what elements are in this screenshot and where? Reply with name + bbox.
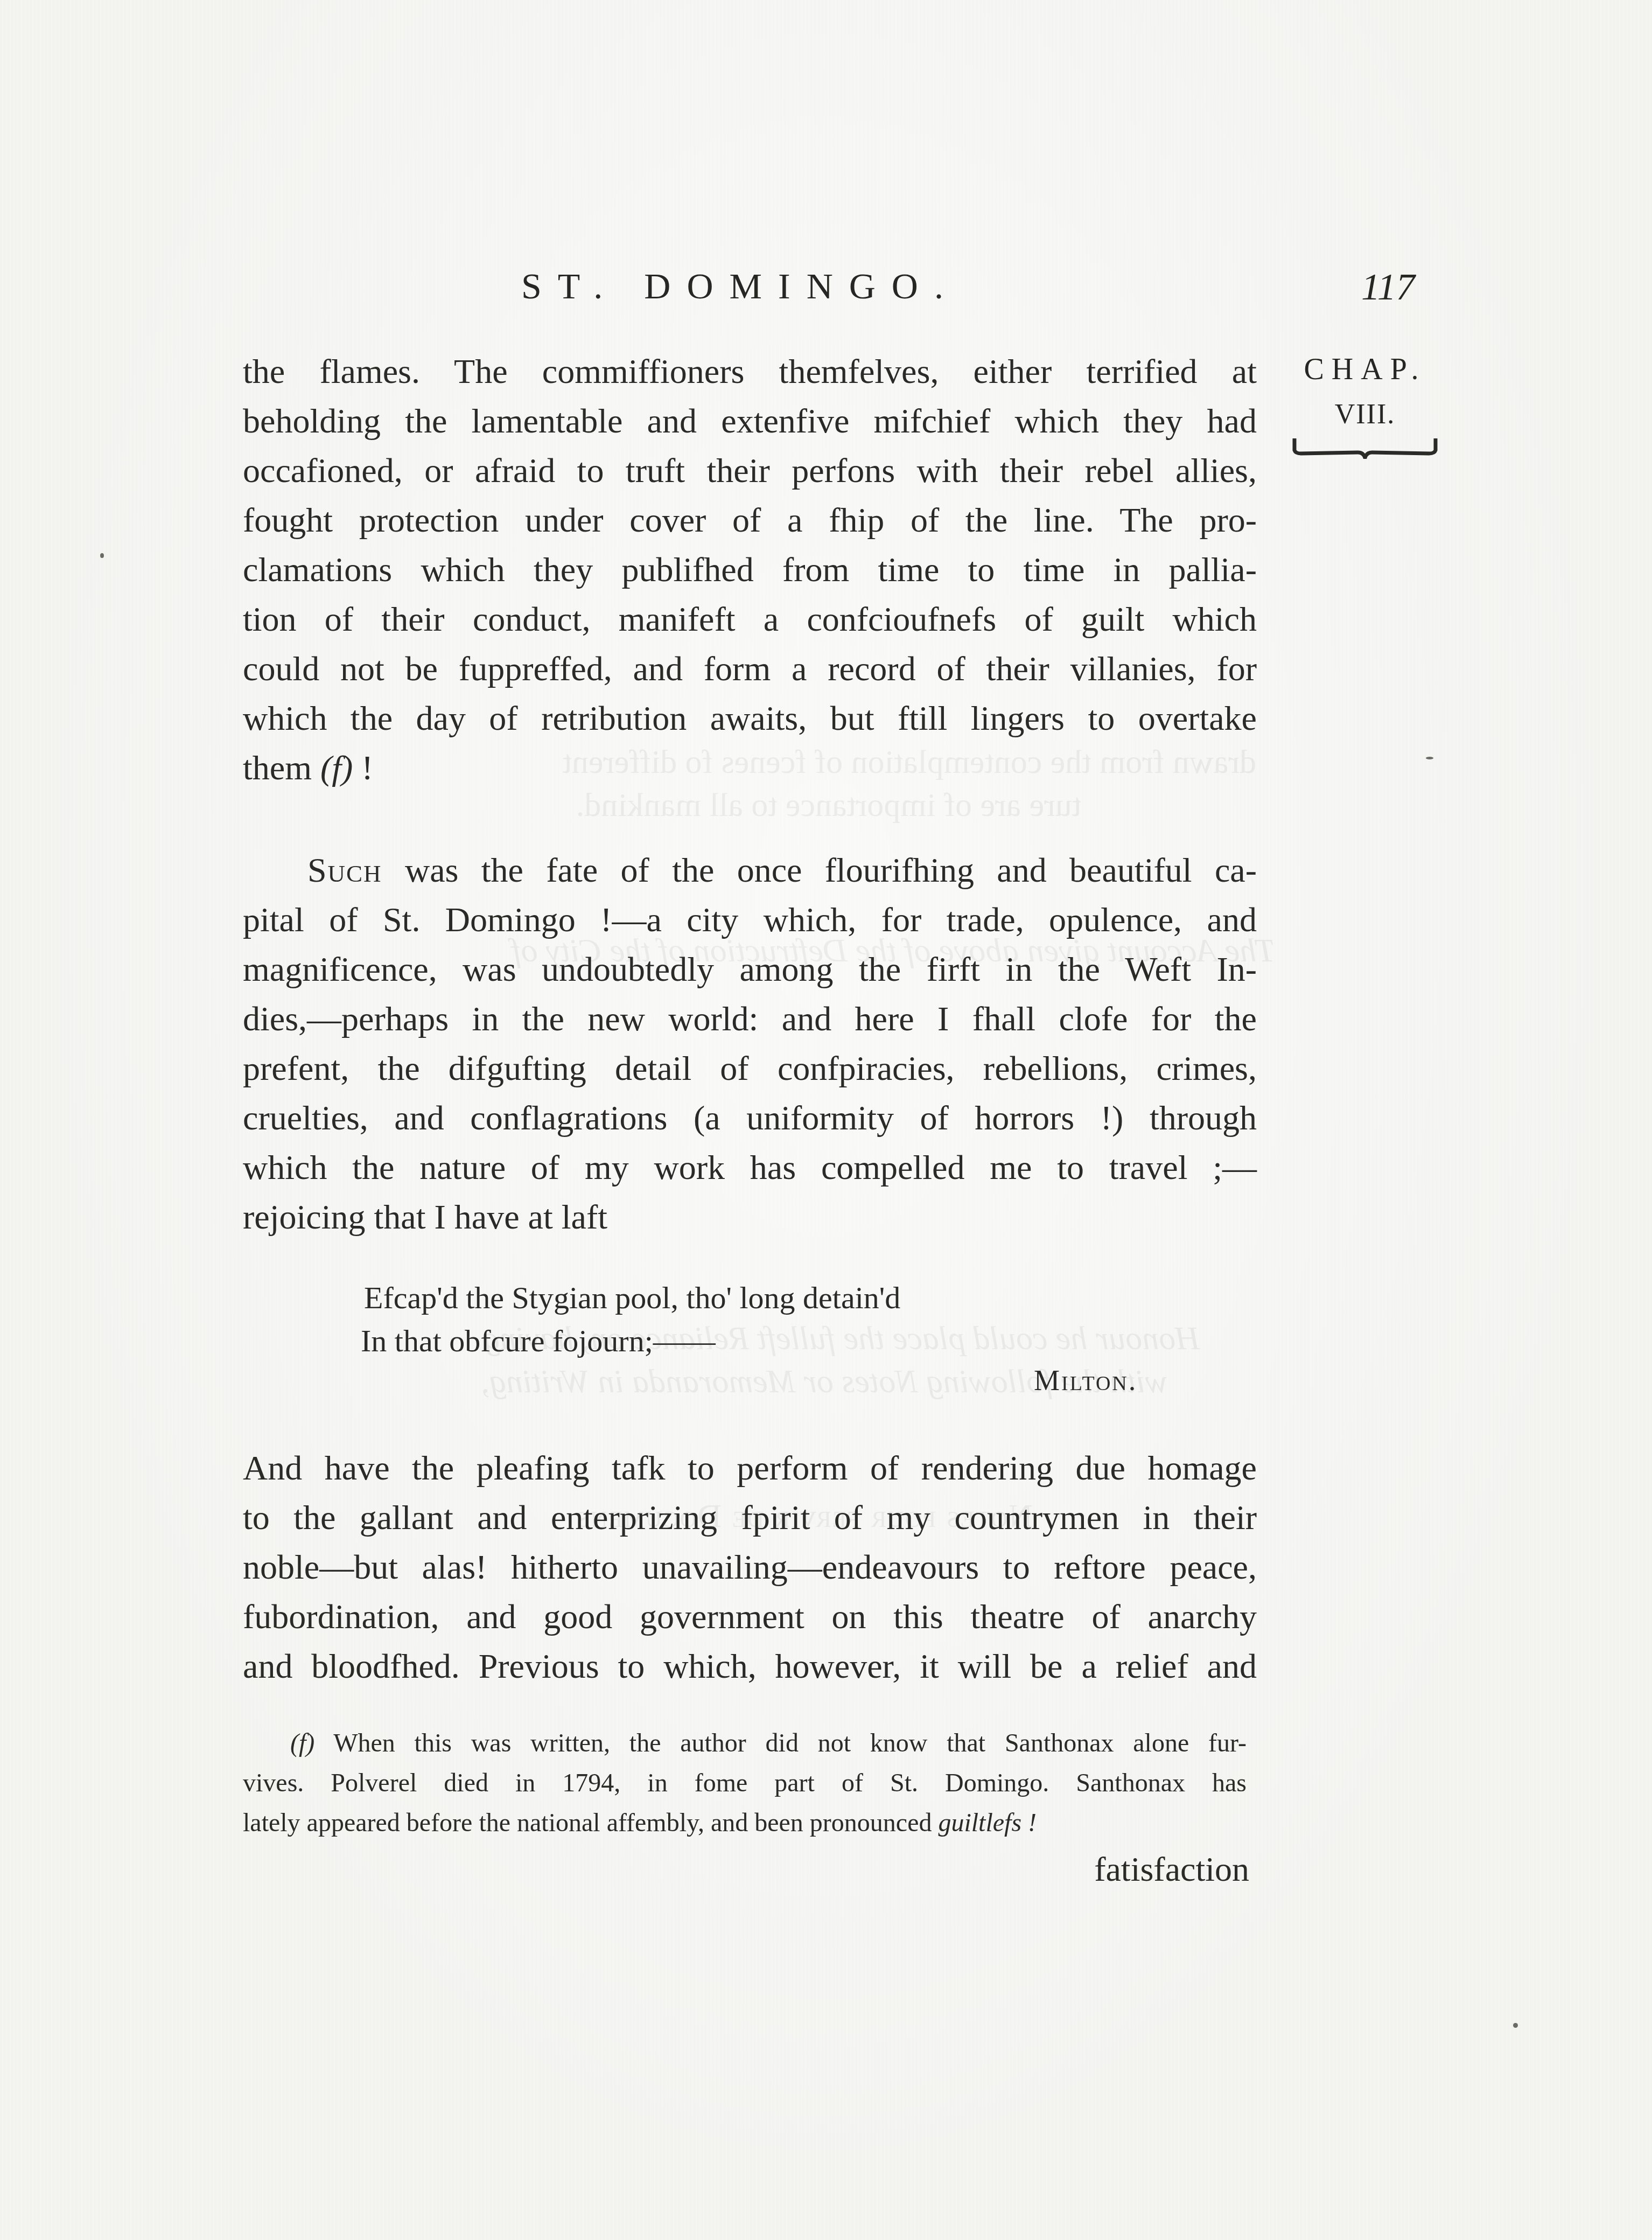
quote-attribution: Milton.	[1034, 1364, 1137, 1397]
paper-speck	[100, 553, 104, 558]
chapter-number: VIII.	[1290, 394, 1440, 435]
text-line: fubordination, and good government on th…	[243, 1592, 1257, 1642]
paper-speck	[1513, 2023, 1518, 2028]
text-line: which the nature of my work has compelle…	[243, 1143, 1257, 1192]
text-line: and bloodfhed. Previous to which, howeve…	[243, 1642, 1257, 1691]
text-line: them (f) !	[243, 743, 1257, 793]
text-line: clamations which they publifhed from tim…	[243, 545, 1257, 595]
small-caps-lead: Such	[307, 851, 382, 889]
footnote-line: lately appeared before the national affe…	[243, 1803, 1247, 1843]
verse-line: In that obfcure fojourn;——	[361, 1320, 716, 1363]
text-line: rejoicing that I have at laft	[243, 1192, 1257, 1242]
text-line: pital of St. Domingo !—a city which, for…	[243, 895, 1257, 945]
text-line: occafioned, or afraid to truft their per…	[243, 446, 1257, 496]
footnote-reference[interactable]: (f)	[320, 749, 353, 787]
text-line: cruelties, and conflagrations (a uniform…	[243, 1093, 1257, 1143]
footnote-line: (f) When this was written, the author di…	[243, 1723, 1247, 1763]
text-line: And have the pleafing tafk to perform of…	[243, 1443, 1257, 1493]
verse-line: Efcap'd the Stygian pool, tho' long deta…	[364, 1276, 900, 1320]
chapter-margin-note: CHAP. VIII.	[1290, 345, 1440, 459]
text-line: prefent, the difgufting detail of confpi…	[243, 1044, 1257, 1093]
text-line: the flames. The commiffioners themfelves…	[243, 347, 1257, 396]
text-line: Such was the fate of the once flourifhin…	[243, 846, 1257, 895]
text-line: noble—but alas! hitherto unavailing—ende…	[243, 1543, 1257, 1592]
text-line: to the gallant and enterprizing fpirit o…	[243, 1493, 1257, 1543]
text-line: dies,—perhaps in the new world: and here…	[243, 994, 1257, 1044]
catchword: fatisfaction	[1094, 1845, 1249, 1894]
text-line: could not be fuppreffed, and form a reco…	[243, 644, 1257, 694]
brace-ornament-icon	[1292, 437, 1438, 459]
page-number: 117	[1361, 266, 1415, 309]
text-line: fought protection under cover of a fhip …	[243, 496, 1257, 545]
text-line: tion of their conduct, manifeft a confci…	[243, 595, 1257, 644]
text-line: beholding the lamentable and extenfive m…	[243, 396, 1257, 446]
footnote-marker: (f)	[290, 1729, 314, 1757]
paper-speck	[1426, 757, 1433, 759]
text-line: which the day of retribution awaits, but…	[243, 694, 1257, 743]
text-line: magnificence, was undoubtedly among the …	[243, 945, 1257, 994]
chapter-label: CHAP.	[1290, 345, 1440, 394]
footnote-line: vives. Polverel died in 1794, in fome pa…	[243, 1763, 1247, 1803]
running-head: ST. DOMINGO.	[521, 265, 960, 308]
